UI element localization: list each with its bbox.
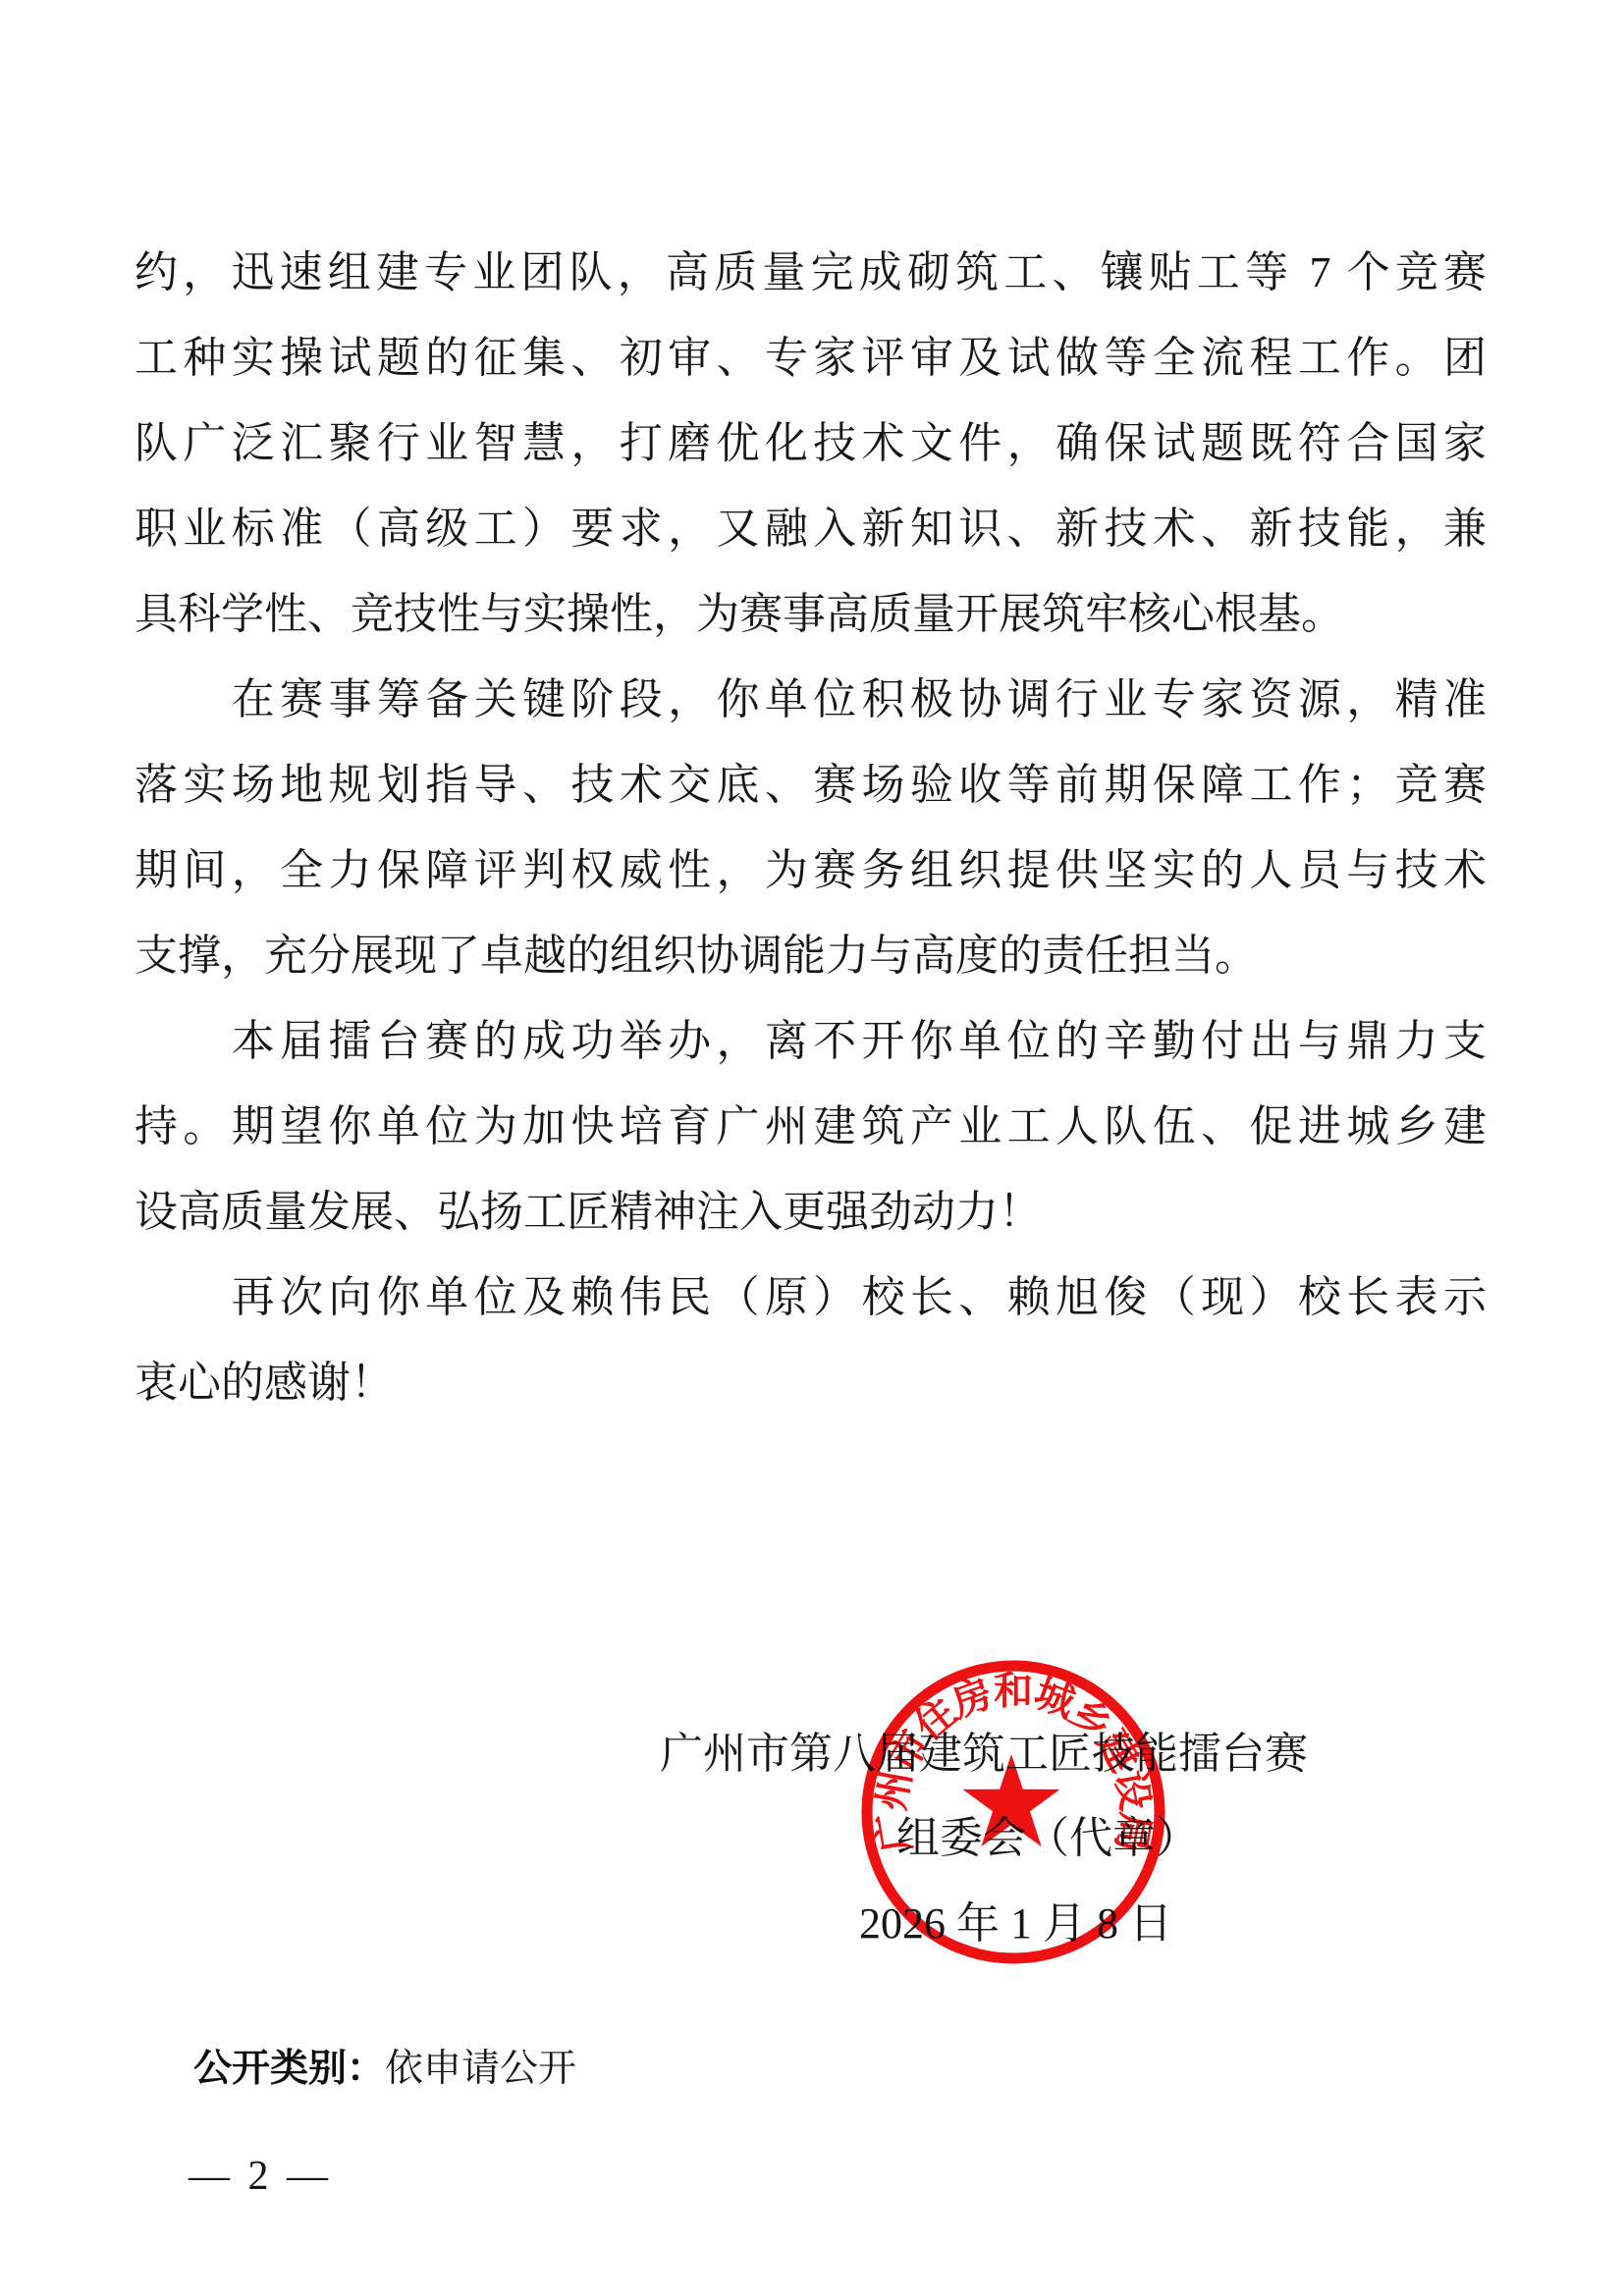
disclosure-category: 公开类别：依申请公开 [193,2040,576,2099]
body-line: 期间，全力保障评判权威性，为赛务组织提供坚实的人员与技术 [135,828,1487,913]
body-line: 具科学性、竞技性与实操性，为赛事高质量开展筑牢核心根基。 [135,571,1487,657]
page-number: — 2 — [189,2147,332,2206]
body-line: 队广泛汇聚行业智慧，打磨优化技术文件，确保试题既符合国家 [135,400,1487,486]
body-line: 工种实操试题的征集、初审、专家评审及试做等全流程工作。团 [135,315,1487,400]
body-line: 支撑，充分展现了卓越的组织协调能力与高度的责任担当。 [135,913,1487,998]
body-line: 再次向你单位及赖伟民（原）校长、赖旭俊（现）校长表示 [135,1255,1487,1340]
body-line: 职业标准（高级工）要求，又融入新知识、新技术、新技能，兼 [135,486,1487,571]
body-line: 衷心的感谢！ [135,1340,1487,1425]
body-line: 落实场地规划指导、技术交底、赛场验收等前期保障工作；竞赛 [135,742,1487,828]
body-line: 持。期望你单位为加快培育广州建筑产业工人队伍、促进城乡建 [135,1084,1487,1169]
body-line: 约，迅速组建专业团队，高质量完成砌筑工、镶贴工等 7 个竞赛 [135,230,1487,315]
signature-date: 2026 年 1 月 8 日 [859,1895,1172,1953]
document-page: 约，迅速组建专业团队，高质量完成砌筑工、镶贴工等 7 个竞赛工种实操试题的征集、… [0,0,1624,2296]
disclosure-value: 依申请公开 [385,2048,576,2090]
body-line: 在赛事筹备关键阶段，你单位积极协调行业专家资源，精准 [135,657,1487,742]
body-line: 本届擂台赛的成功举办，离不开你单位的辛勤付出与鼎力支 [135,998,1487,1084]
signature-org-line2: 组委会（代章） [896,1809,1199,1868]
body-line: 设高质量发展、弘扬工匠精神注入更强劲动力！ [135,1169,1487,1255]
disclosure-label: 公开类别： [193,2048,385,2090]
letter-body: 约，迅速组建专业团队，高质量完成砌筑工、镶贴工等 7 个竞赛工种实操试题的征集、… [135,230,1487,1425]
signature-org-line1: 广州市第八届建筑工匠技能擂台赛 [660,1725,1308,1784]
